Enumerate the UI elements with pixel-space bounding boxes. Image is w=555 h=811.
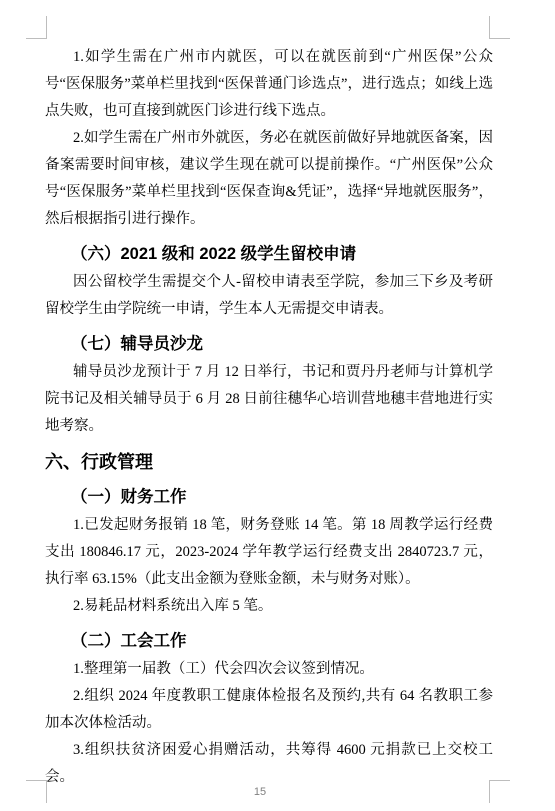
paragraph-stay-on-campus-detail: 因公留校学生需提交个人-留校申请表至学院，参加三下乡及考研留校学生由学院统一申请… bbox=[45, 269, 493, 323]
margin-cropmark-bottom-left-icon bbox=[26, 780, 47, 803]
paragraph-staff-health-checkup: 2.组织 2024 年度教职工健康体检报名及预约,共有 64 名教职工参加本次体… bbox=[45, 683, 493, 737]
margin-cropmark-top-right-icon bbox=[489, 16, 510, 39]
paragraph-finance-reimbursement: 1.已发起财务报销 18 笔，财务登账 14 笔。第 18 周教学运行经费支出 … bbox=[45, 512, 493, 593]
section-heading-counselor-salon: （七）辅导员沙龙 bbox=[45, 331, 493, 357]
paragraph-medical-insurance-in-city: 1.如学生需在广州市内就医，可以在就医前到“广州医保”公众号“医保服务”菜单栏里… bbox=[45, 44, 493, 125]
chapter-heading-administration: 六、行政管理 bbox=[45, 448, 493, 476]
document-page: 1.如学生需在广州市内就医，可以在就医前到“广州医保”公众号“医保服务”菜单栏里… bbox=[0, 0, 555, 811]
section-heading-finance-work: （一）财务工作 bbox=[45, 484, 493, 510]
section-heading-stay-on-campus-application: （六）2021 级和 2022 级学生留校申请 bbox=[45, 241, 493, 267]
paragraph-consumables-inventory: 2.易耗品材料系统出入库 5 笔。 bbox=[45, 593, 493, 620]
paragraph-union-congress-signin: 1.整理第一届教（工）代会四次会议签到情况。 bbox=[45, 656, 493, 683]
paragraph-medical-insurance-out-of-city: 2.如学生需在广州市外就医，务必在就医前做好异地就医备案，因备案需要时间审核，建… bbox=[45, 125, 493, 233]
section-heading-union-work: （二）工会工作 bbox=[45, 628, 493, 654]
margin-cropmark-top-left-icon bbox=[26, 16, 47, 39]
paragraph-charity-donation: 3.组织扶贫济困爱心捐赠活动，共筹得 4600 元捐款已上交校工会。 bbox=[45, 737, 493, 791]
page-number: 15 bbox=[45, 785, 475, 799]
page-content: 1.如学生需在广州市内就医，可以在就医前到“广州医保”公众号“医保服务”菜单栏里… bbox=[45, 38, 493, 791]
paragraph-counselor-salon-detail: 辅导员沙龙预计于 7 月 12 日举行，书记和贾丹丹老师与计算机学院书记及相关辅… bbox=[45, 359, 493, 440]
